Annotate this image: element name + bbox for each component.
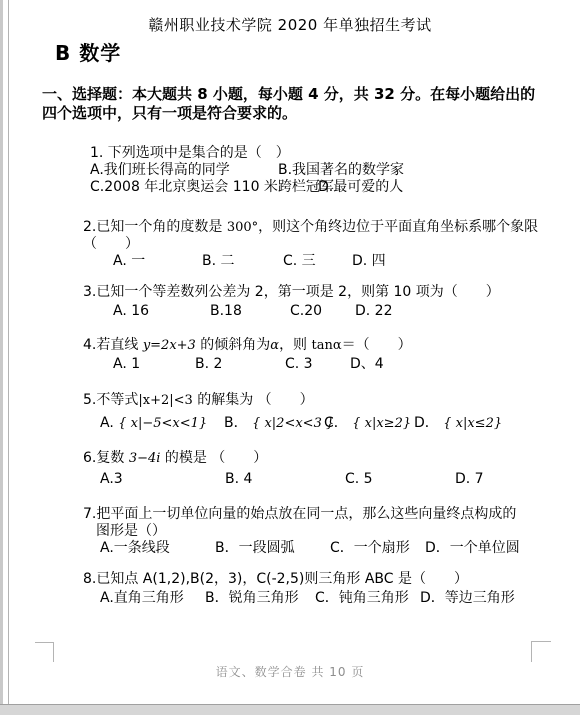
- option-a: A.一条线段: [100, 540, 215, 557]
- question-5: 5.不等式|x+2|<3 的解集为 （ ） A. { x|−5<x<1} B． …: [83, 392, 568, 432]
- option-d: D．等边三角形: [420, 590, 515, 607]
- inline-formula: y=2x+3: [143, 338, 196, 353]
- question-8: 8.已知点 A(1,2),B(2，3)，C(-2,5)则三角形 ABC 是（ ）…: [83, 571, 568, 607]
- option-b: B．锐角三角形: [205, 590, 315, 607]
- subject-title: B 数学: [55, 37, 121, 66]
- question-stem: 2.已知一个角的度数是 300°，则这个角终边位于平面直角坐标系哪个象限: [83, 219, 568, 236]
- question-stem: 6.复数 3−4i 的模是 （ ）: [83, 450, 568, 467]
- margin-mark-right: [531, 641, 551, 662]
- question-stem-line2: 图形是（）: [83, 523, 568, 540]
- inline-formula: { x|x≥2}: [352, 416, 411, 431]
- question-stem: 8.已知点 A(1,2),B(2，3)，C(-2,5)则三角形 ABC 是（ ）: [83, 571, 568, 588]
- option-d: D. 22: [355, 303, 393, 320]
- page-edge-left: [0, 0, 3, 705]
- inline-formula: 3−4i: [129, 451, 161, 466]
- option-c: C．钝角三角形: [315, 590, 420, 607]
- option-row: A.一条线段 B．一段圆弧 C．一个扇形 D．一个单位圆: [83, 540, 568, 557]
- option-row: A.直角三角形 B．锐角三角形 C．钝角三角形 D．等边三角形: [83, 590, 568, 607]
- option-row: A. { x|−5<x<1} B． { x|2<x<3 } C． { x|x≥2…: [83, 415, 568, 432]
- option-c: C.20: [290, 303, 355, 320]
- page-edge-bottom: [0, 704, 580, 715]
- option-c: C. 三: [283, 253, 352, 270]
- option-a: A.直角三角形: [100, 590, 205, 607]
- question-1: 1. 下列选项中是集合的是（ ） A.我们班长得高的同学 B.我国著名的数学家 …: [90, 145, 575, 196]
- document-title: 赣州职业技术学院 2020 年单独招生考试: [40, 14, 540, 35]
- option-b: B. 二: [202, 253, 283, 270]
- page-border-left: [8, 0, 9, 705]
- option-c: C. 5: [345, 471, 455, 488]
- exam-document-page: 赣州职业技术学院 2020 年单独招生考试 B 数学 一、选择题：本大题共 8 …: [0, 0, 580, 715]
- question-stem: 3.已知一个等差数列公差为 2，第一项是 2，则第 10 项为（ ）: [83, 284, 568, 301]
- question-3: 3.已知一个等差数列公差为 2，第一项是 2，则第 10 项为（ ） A. 16…: [83, 284, 568, 320]
- question-4: 4.若直线 y=2x+3 的倾斜角为α，则 tanα＝（ ） A. 1 B. 2…: [83, 337, 568, 373]
- question-2: 2.已知一个角的度数是 300°，则这个角终边位于平面直角坐标系哪个象限 （ ）…: [83, 219, 568, 270]
- option-d: D．一个单位圆: [425, 540, 520, 557]
- inline-formula: { x|x≤2}: [443, 416, 502, 431]
- option-c: C. 3: [285, 356, 350, 373]
- inline-formula: α: [270, 338, 279, 353]
- option-b: B. 4: [225, 471, 345, 488]
- inline-formula: 300°: [227, 220, 258, 235]
- option-b: B.18: [210, 303, 290, 320]
- margin-mark-left: [35, 642, 54, 662]
- option-d: D、4: [350, 356, 384, 373]
- option-b: B.我国著名的数学家: [278, 162, 404, 179]
- inline-formula: { x|−5<x<1}: [118, 416, 207, 431]
- question-stem: 7.把平面上一切单位向量的始点放在同一点，那么这些向量终点构成的: [83, 506, 568, 523]
- page-footer: 语文、数学合卷 共 10 页: [0, 663, 580, 680]
- option-b: B． { x|2<x<3 }: [224, 415, 324, 432]
- answer-blank: （ ）: [83, 236, 568, 253]
- section-header: 一、选择题：本大题共 8 小题，每小题 4 分，共 32 分。在每小题给出的四个…: [42, 85, 547, 123]
- option-c: C．一个扇形: [330, 540, 425, 557]
- option-a: A. { x|−5<x<1}: [100, 415, 224, 432]
- option-c: C． { x|x≥2}: [324, 415, 414, 432]
- inline-formula: |x+2|<3: [138, 393, 192, 408]
- option-row: A. 16 B.18 C.20 D. 22: [83, 303, 568, 320]
- option-a: A.3: [100, 471, 225, 488]
- option-d: D.最可爱的人: [318, 179, 403, 196]
- inline-formula: { x|2<x<3 }: [252, 416, 334, 431]
- option-c: C.2008 年北京奥运会 110 米跨栏冠军: [90, 179, 318, 196]
- inline-formula: tanα: [312, 338, 342, 353]
- question-stem: 5.不等式|x+2|<3 的解集为 （ ）: [83, 392, 568, 409]
- question-6: 6.复数 3−4i 的模是 （ ） A.3 B. 4 C. 5 D. 7: [83, 450, 568, 488]
- option-a: A. 1: [113, 356, 195, 373]
- option-row: C.2008 年北京奥运会 110 米跨栏冠军 D.最可爱的人: [90, 179, 575, 196]
- option-d: D． { x|x≤2}: [414, 415, 502, 432]
- option-a: A.我们班长得高的同学: [90, 162, 278, 179]
- option-row: A.我们班长得高的同学 B.我国著名的数学家: [90, 162, 575, 179]
- option-row: A. 一 B. 二 C. 三 D. 四: [83, 253, 568, 270]
- option-b: B. 2: [195, 356, 285, 373]
- option-d: D. 7: [455, 471, 484, 488]
- option-b: B．一段圆弧: [215, 540, 330, 557]
- option-d: D. 四: [352, 253, 386, 270]
- question-stem: 1. 下列选项中是集合的是（ ）: [90, 145, 575, 162]
- option-a: A. 16: [113, 303, 210, 320]
- question-7: 7.把平面上一切单位向量的始点放在同一点，那么这些向量终点构成的 图形是（） A…: [83, 506, 568, 557]
- option-a: A. 一: [113, 253, 202, 270]
- question-stem: 4.若直线 y=2x+3 的倾斜角为α，则 tanα＝（ ）: [83, 337, 568, 354]
- option-row: A.3 B. 4 C. 5 D. 7: [83, 471, 568, 488]
- option-row: A. 1 B. 2 C. 3 D、4: [83, 356, 568, 373]
